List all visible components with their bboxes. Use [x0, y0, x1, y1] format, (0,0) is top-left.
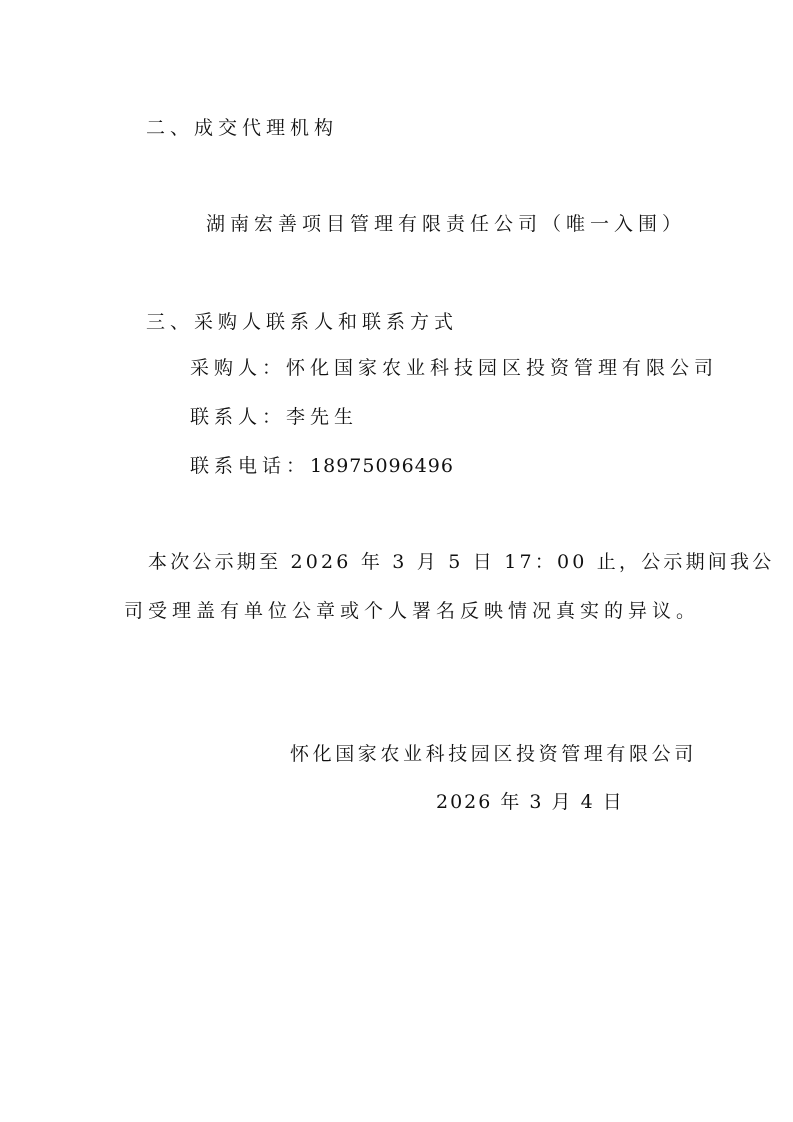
contact-label: 联系人： — [190, 406, 286, 428]
document-page: 二、成交代理机构 湖南宏善项目管理有限责任公司（唯一入围） 三、采购人联系人和联… — [0, 0, 793, 1122]
signature-organization: 怀化国家农业科技园区投资管理有限公司 — [290, 742, 697, 766]
contact-row: 联系人：李先生 — [190, 405, 358, 429]
contact-value: 李先生 — [286, 406, 358, 428]
agency-name: 湖南宏善项目管理有限责任公司（唯一入围） — [206, 212, 686, 236]
phone-value: 18975096496 — [310, 455, 454, 477]
purchaser-label: 采购人： — [190, 357, 286, 379]
notice-line-1: 本次公示期至 2026 年 3 月 5 日 17：00 止，公示期间我公 — [148, 550, 774, 574]
phone-label: 联系电话： — [190, 455, 310, 477]
purchaser-value: 怀化国家农业科技园区投资管理有限公司 — [286, 357, 718, 379]
phone-row: 联系电话：18975096496 — [190, 454, 454, 478]
purchaser-row: 采购人：怀化国家农业科技园区投资管理有限公司 — [190, 356, 718, 380]
section-three-heading: 三、采购人联系人和联系方式 — [146, 310, 458, 334]
section-two-heading: 二、成交代理机构 — [146, 116, 338, 140]
notice-line-2: 司受理盖有单位公章或个人署名反映情况真实的异议。 — [124, 599, 700, 623]
signature-date: 2026 年 3 月 4 日 — [436, 790, 624, 814]
